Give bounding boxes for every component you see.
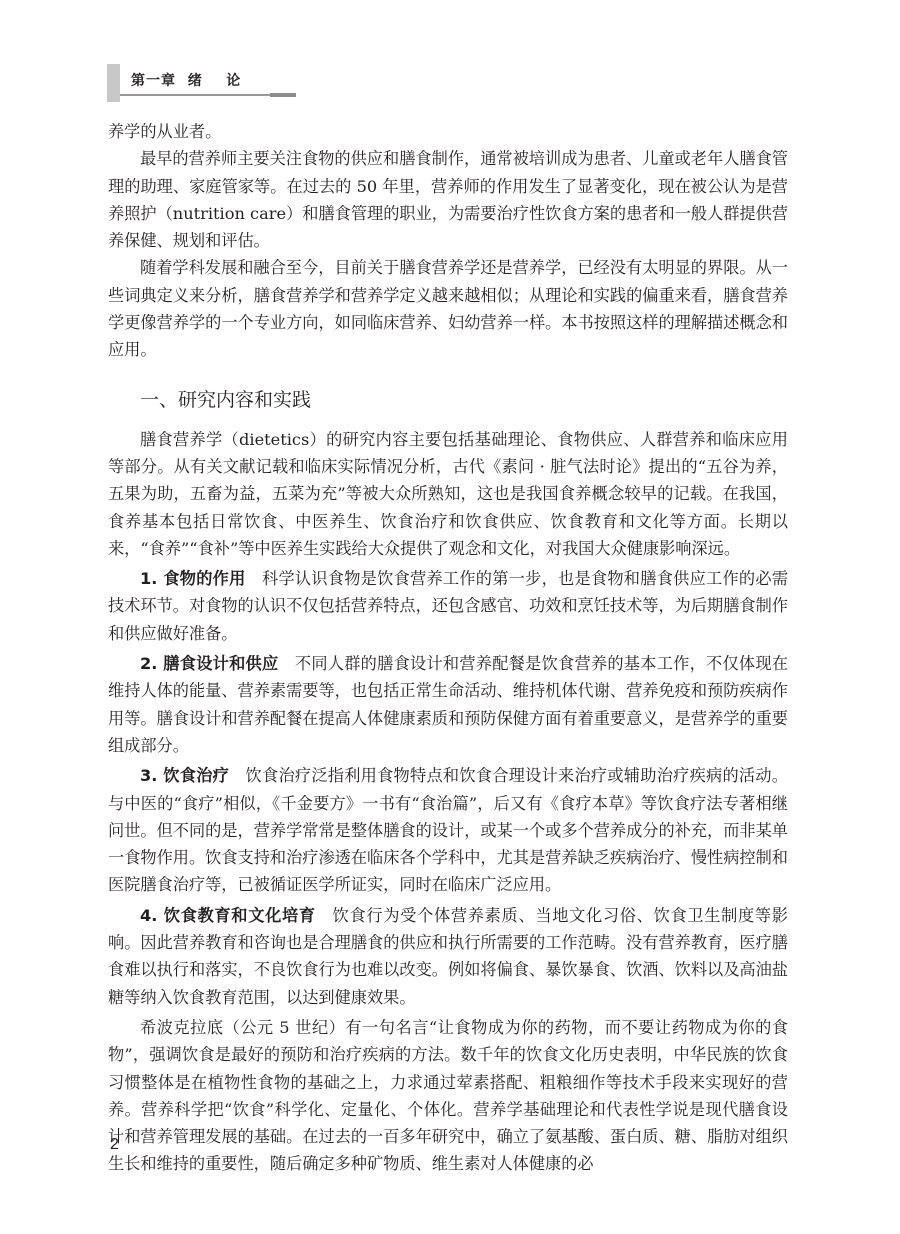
item-label: 1. 食物的作用 (140, 569, 246, 588)
item-label: 4. 饮食教育和文化培育 (140, 906, 316, 925)
list-item: 1. 食物的作用 科学认识食物是饮食营养工作的第一步，也是食物和膳食供应工作的必… (108, 565, 788, 647)
chapter-title: 第一章 绪 论 (131, 70, 241, 90)
page-body: 养学的从业者。 最早的营养师主要关注食物的供应和膳食制作，通常被培训成为患者、儿… (108, 118, 788, 1178)
item-label: 2. 膳食设计和供应 (140, 654, 278, 673)
section-intro: 膳食营养学（dietetics）的研究内容主要包括基础理论、食物供应、人群营养和… (108, 426, 788, 562)
running-header: 第一章 绪 论 (107, 64, 287, 102)
paragraph: 随着学科发展和融合至今，目前关于膳食营养学还是营养学，已经没有太明显的界限。从一… (108, 254, 788, 363)
paragraph: 最早的营养师主要关注食物的供应和膳食制作，通常被培训成为患者、儿童或老年人膳食管… (108, 145, 788, 254)
list-item: 4. 饮食教育和文化培育 饮食行为受个体营养素质、当地文化习俗、饮食卫生制度等影… (108, 902, 788, 1011)
paragraph-continued: 养学的从业者。 (108, 118, 788, 145)
item-label: 3. 饮食治疗 (140, 766, 229, 785)
page-number: 2 (110, 1136, 119, 1154)
section-heading: 一、研究内容和实践 (108, 384, 788, 416)
header-rule-end (270, 93, 296, 97)
header-rule (120, 94, 270, 96)
list-item: 2. 膳食设计和供应 不同人群的膳食设计和营养配餐是饮食营养的基本工作，不仅体现… (108, 650, 788, 759)
item-text: 饮食治疗泛指利用食物特点和饮食合理设计来治疗或辅助治疗疾病的活动。与中医的“食疗… (108, 766, 788, 894)
list-item: 3. 饮食治疗 饮食治疗泛指利用食物特点和饮食合理设计来治疗或辅助治疗疾病的活动… (108, 762, 788, 898)
paragraph: 希波克拉底（公元 5 世纪）有一句名言“让食物成为你的药物，而不要让药物成为你的… (108, 1014, 788, 1178)
header-accent-bar (107, 64, 120, 102)
